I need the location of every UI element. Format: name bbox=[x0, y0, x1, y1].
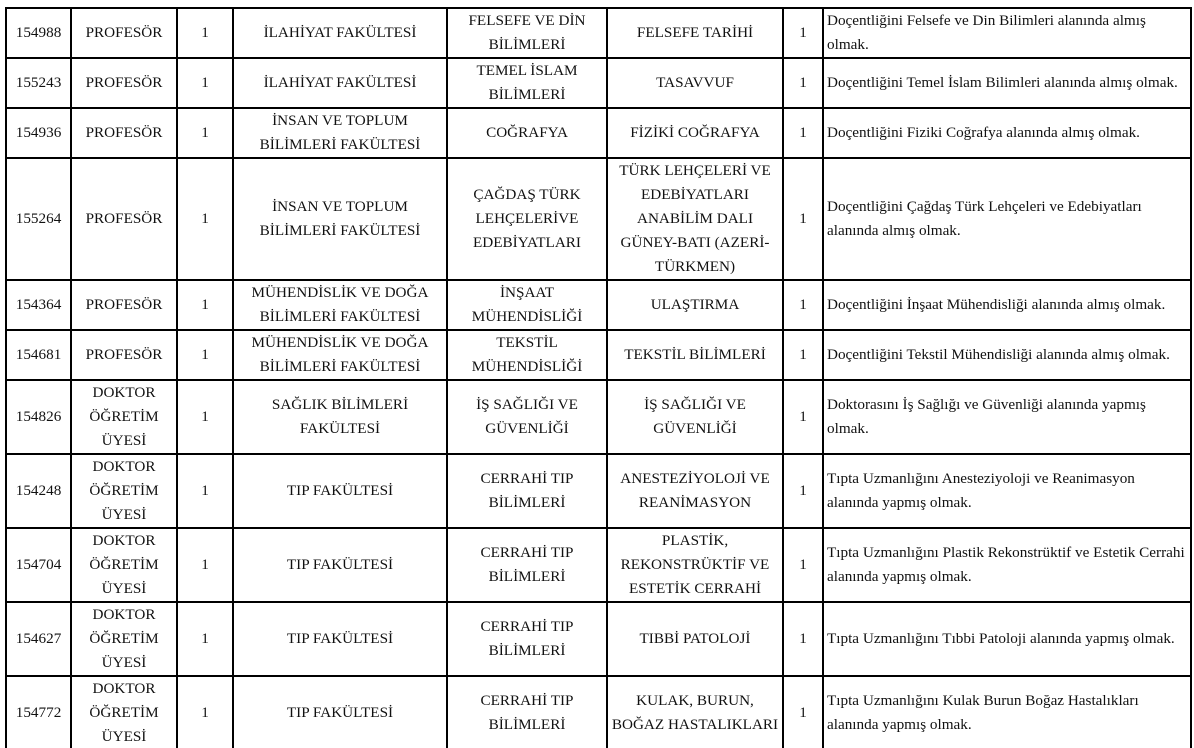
subdepartment-cell: TASAVVUF bbox=[607, 58, 783, 108]
table-row: 154826DOKTOR ÖĞRETİM ÜYESİ1SAĞLIK BİLİML… bbox=[6, 380, 1191, 454]
quota-cell: 1 bbox=[783, 454, 823, 528]
position-id-cell: 154936 bbox=[6, 108, 71, 158]
positions-table-body: 154988PROFESÖR1İLAHİYAT FAKÜLTESİFELSEFE… bbox=[6, 8, 1191, 748]
count-cell: 1 bbox=[177, 676, 233, 748]
department-cell: CERRAHİ TIP BİLİMLERİ bbox=[447, 676, 607, 748]
position-id-cell: 154627 bbox=[6, 602, 71, 676]
department-cell: CERRAHİ TIP BİLİMLERİ bbox=[447, 528, 607, 602]
table-row: 154248DOKTOR ÖĞRETİM ÜYESİ1TIP FAKÜLTESİ… bbox=[6, 454, 1191, 528]
quota-cell: 1 bbox=[783, 280, 823, 330]
academic-title-cell: DOKTOR ÖĞRETİM ÜYESİ bbox=[71, 676, 177, 748]
faculty-cell: İNSAN VE TOPLUM BİLİMLERİ FAKÜLTESİ bbox=[233, 108, 447, 158]
academic-title-cell: PROFESÖR bbox=[71, 330, 177, 380]
positions-table: 154988PROFESÖR1İLAHİYAT FAKÜLTESİFELSEFE… bbox=[5, 7, 1192, 748]
academic-title-cell: PROFESÖR bbox=[71, 108, 177, 158]
table-row: 155243PROFESÖR1İLAHİYAT FAKÜLTESİTEMEL İ… bbox=[6, 58, 1191, 108]
faculty-cell: İLAHİYAT FAKÜLTESİ bbox=[233, 58, 447, 108]
table-row: 154936PROFESÖR1İNSAN VE TOPLUM BİLİMLERİ… bbox=[6, 108, 1191, 158]
subdepartment-cell: TIBBİ PATOLOJİ bbox=[607, 602, 783, 676]
academic-title-cell: PROFESÖR bbox=[71, 8, 177, 58]
department-cell: FELSEFE VE DİN BİLİMLERİ bbox=[447, 8, 607, 58]
department-cell: CERRAHİ TIP BİLİMLERİ bbox=[447, 454, 607, 528]
requirement-cell: Doçentliğini İnşaat Mühendisliği alanınd… bbox=[823, 280, 1191, 330]
position-id-cell: 154248 bbox=[6, 454, 71, 528]
position-id-cell: 154681 bbox=[6, 330, 71, 380]
requirement-cell: Tıpta Uzmanlığını Tıbbi Patoloji alanınd… bbox=[823, 602, 1191, 676]
department-cell: İŞ SAĞLIĞI VE GÜVENLİĞİ bbox=[447, 380, 607, 454]
quota-cell: 1 bbox=[783, 676, 823, 748]
academic-title-cell: PROFESÖR bbox=[71, 58, 177, 108]
department-cell: CERRAHİ TIP BİLİMLERİ bbox=[447, 602, 607, 676]
count-cell: 1 bbox=[177, 108, 233, 158]
faculty-cell: TIP FAKÜLTESİ bbox=[233, 528, 447, 602]
table-row: 154681PROFESÖR1MÜHENDİSLİK VE DOĞA BİLİM… bbox=[6, 330, 1191, 380]
requirement-cell: Doçentliğini Felsefe ve Din Bilimleri al… bbox=[823, 8, 1191, 58]
department-cell: COĞRAFYA bbox=[447, 108, 607, 158]
subdepartment-cell: FELSEFE TARİHİ bbox=[607, 8, 783, 58]
academic-title-cell: PROFESÖR bbox=[71, 158, 177, 280]
subdepartment-cell: TEKSTİL BİLİMLERİ bbox=[607, 330, 783, 380]
table-row: 154988PROFESÖR1İLAHİYAT FAKÜLTESİFELSEFE… bbox=[6, 8, 1191, 58]
requirement-cell: Doçentliğini Çağdaş Türk Lehçeleri ve Ed… bbox=[823, 158, 1191, 280]
faculty-cell: TIP FAKÜLTESİ bbox=[233, 602, 447, 676]
table-row: 154627DOKTOR ÖĞRETİM ÜYESİ1TIP FAKÜLTESİ… bbox=[6, 602, 1191, 676]
requirement-cell: Tıpta Uzmanlığını Kulak Burun Boğaz Hast… bbox=[823, 676, 1191, 748]
count-cell: 1 bbox=[177, 454, 233, 528]
department-cell: TEKSTİL MÜHENDİSLİĞİ bbox=[447, 330, 607, 380]
quota-cell: 1 bbox=[783, 58, 823, 108]
position-id-cell: 154364 bbox=[6, 280, 71, 330]
department-cell: TEMEL İSLAM BİLİMLERİ bbox=[447, 58, 607, 108]
subdepartment-cell: ULAŞTIRMA bbox=[607, 280, 783, 330]
count-cell: 1 bbox=[177, 330, 233, 380]
table-row: 154364PROFESÖR1MÜHENDİSLİK VE DOĞA BİLİM… bbox=[6, 280, 1191, 330]
position-id-cell: 155264 bbox=[6, 158, 71, 280]
faculty-cell: İLAHİYAT FAKÜLTESİ bbox=[233, 8, 447, 58]
quota-cell: 1 bbox=[783, 158, 823, 280]
subdepartment-cell: KULAK, BURUN, BOĞAZ HASTALIKLARI bbox=[607, 676, 783, 748]
department-cell: İNŞAAT MÜHENDİSLİĞİ bbox=[447, 280, 607, 330]
faculty-cell: TIP FAKÜLTESİ bbox=[233, 454, 447, 528]
position-id-cell: 154826 bbox=[6, 380, 71, 454]
academic-title-cell: PROFESÖR bbox=[71, 280, 177, 330]
count-cell: 1 bbox=[177, 58, 233, 108]
position-id-cell: 154772 bbox=[6, 676, 71, 748]
requirement-cell: Tıpta Uzmanlığını Anesteziyoloji ve Rean… bbox=[823, 454, 1191, 528]
subdepartment-cell: PLASTİK, REKONSTRÜKTİF VE ESTETİK CERRAH… bbox=[607, 528, 783, 602]
requirement-cell: Doçentliğini Fiziki Coğrafya alanında al… bbox=[823, 108, 1191, 158]
requirement-cell: Tıpta Uzmanlığını Plastik Rekonstrüktif … bbox=[823, 528, 1191, 602]
quota-cell: 1 bbox=[783, 8, 823, 58]
department-cell: ÇAĞDAŞ TÜRK LEHÇELERİVE EDEBİYATLARI bbox=[447, 158, 607, 280]
academic-title-cell: DOKTOR ÖĞRETİM ÜYESİ bbox=[71, 454, 177, 528]
position-id-cell: 154704 bbox=[6, 528, 71, 602]
count-cell: 1 bbox=[177, 158, 233, 280]
subdepartment-cell: İŞ SAĞLIĞI VE GÜVENLİĞİ bbox=[607, 380, 783, 454]
count-cell: 1 bbox=[177, 8, 233, 58]
table-row: 154772DOKTOR ÖĞRETİM ÜYESİ1TIP FAKÜLTESİ… bbox=[6, 676, 1191, 748]
table-row: 155264PROFESÖR1İNSAN VE TOPLUM BİLİMLERİ… bbox=[6, 158, 1191, 280]
faculty-cell: TIP FAKÜLTESİ bbox=[233, 676, 447, 748]
requirement-cell: Doçentliğini Tekstil Mühendisliği alanın… bbox=[823, 330, 1191, 380]
subdepartment-cell: TÜRK LEHÇELERİ VE EDEBİYATLARI ANABİLİM … bbox=[607, 158, 783, 280]
quota-cell: 1 bbox=[783, 380, 823, 454]
quota-cell: 1 bbox=[783, 528, 823, 602]
count-cell: 1 bbox=[177, 602, 233, 676]
quota-cell: 1 bbox=[783, 602, 823, 676]
faculty-cell: MÜHENDİSLİK VE DOĞA BİLİMLERİ FAKÜLTESİ bbox=[233, 280, 447, 330]
faculty-cell: SAĞLIK BİLİMLERİ FAKÜLTESİ bbox=[233, 380, 447, 454]
position-id-cell: 154988 bbox=[6, 8, 71, 58]
table-row: 154704DOKTOR ÖĞRETİM ÜYESİ1TIP FAKÜLTESİ… bbox=[6, 528, 1191, 602]
quota-cell: 1 bbox=[783, 330, 823, 380]
count-cell: 1 bbox=[177, 380, 233, 454]
subdepartment-cell: ANESTEZİYOLOJİ VE REANİMASYON bbox=[607, 454, 783, 528]
quota-cell: 1 bbox=[783, 108, 823, 158]
subdepartment-cell: FİZİKİ COĞRAFYA bbox=[607, 108, 783, 158]
count-cell: 1 bbox=[177, 528, 233, 602]
count-cell: 1 bbox=[177, 280, 233, 330]
academic-title-cell: DOKTOR ÖĞRETİM ÜYESİ bbox=[71, 528, 177, 602]
academic-title-cell: DOKTOR ÖĞRETİM ÜYESİ bbox=[71, 602, 177, 676]
academic-title-cell: DOKTOR ÖĞRETİM ÜYESİ bbox=[71, 380, 177, 454]
faculty-cell: İNSAN VE TOPLUM BİLİMLERİ FAKÜLTESİ bbox=[233, 158, 447, 280]
position-id-cell: 155243 bbox=[6, 58, 71, 108]
faculty-cell: MÜHENDİSLİK VE DOĞA BİLİMLERİ FAKÜLTESİ bbox=[233, 330, 447, 380]
requirement-cell: Doçentliğini Temel İslam Bilimleri alanı… bbox=[823, 58, 1191, 108]
requirement-cell: Doktorasını İş Sağlığı ve Güvenliği alan… bbox=[823, 380, 1191, 454]
